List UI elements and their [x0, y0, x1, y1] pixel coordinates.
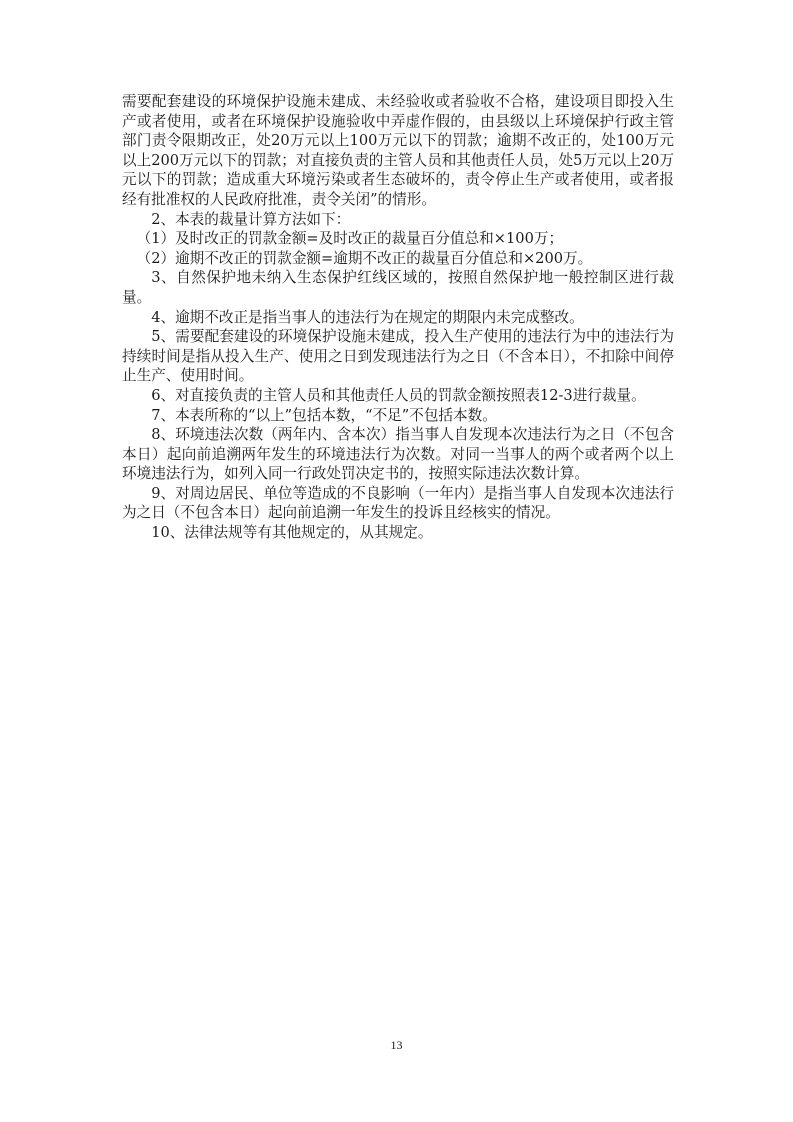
page-number: 13	[0, 1038, 793, 1053]
document-page: 需要配套建设的环境保护设施未建成、未经验收或者验收不合格，建设项目即投入生产或者…	[0, 0, 793, 1122]
note-item-6: 6、对直接负责的主管人员和其他责任人员的罚款金额按照表12-3进行裁量。	[122, 386, 674, 406]
note-item-4: 4、逾期不改正是指当事人的违法行为在规定的期限内未完成整改。	[122, 308, 674, 328]
note-item-7: 7、本表所称的“以上”包括本数，“不足”不包括本数。	[122, 406, 674, 426]
note-item-10: 10、法律法规等有其他规定的，从其规定。	[122, 523, 674, 543]
note-item-8: 8、环境违法次数（两年内、含本次）指当事人自发现本次违法行为之日（不包含本日）起…	[122, 425, 674, 484]
paragraph-continuation: 需要配套建设的环境保护设施未建成、未经验收或者验收不合格，建设项目即投入生产或者…	[122, 92, 674, 210]
note-item-2: 2、本表的裁量计算方法如下：	[122, 210, 674, 230]
note-item-5: 5、需要配套建设的环境保护设施未建成，投入生产使用的违法行为中的违法行为持续时间…	[122, 327, 674, 386]
formula-item-1: （1）及时改正的罚款金额=及时改正的裁量百分值总和×100万；	[122, 229, 674, 249]
document-body: 需要配套建设的环境保护设施未建成、未经验收或者验收不合格，建设项目即投入生产或者…	[122, 92, 674, 543]
note-item-3: 3、自然保护地未纳入生态保护红线区域的，按照自然保护地一般控制区进行裁量。	[122, 268, 674, 307]
note-item-9: 9、对周边居民、单位等造成的不良影响（一年内）是指当事人自发现本次违法行为之日（…	[122, 484, 674, 523]
formula-item-2: （2）逾期不改正的罚款金额=逾期不改正的裁量百分值总和×200万。	[122, 249, 674, 269]
